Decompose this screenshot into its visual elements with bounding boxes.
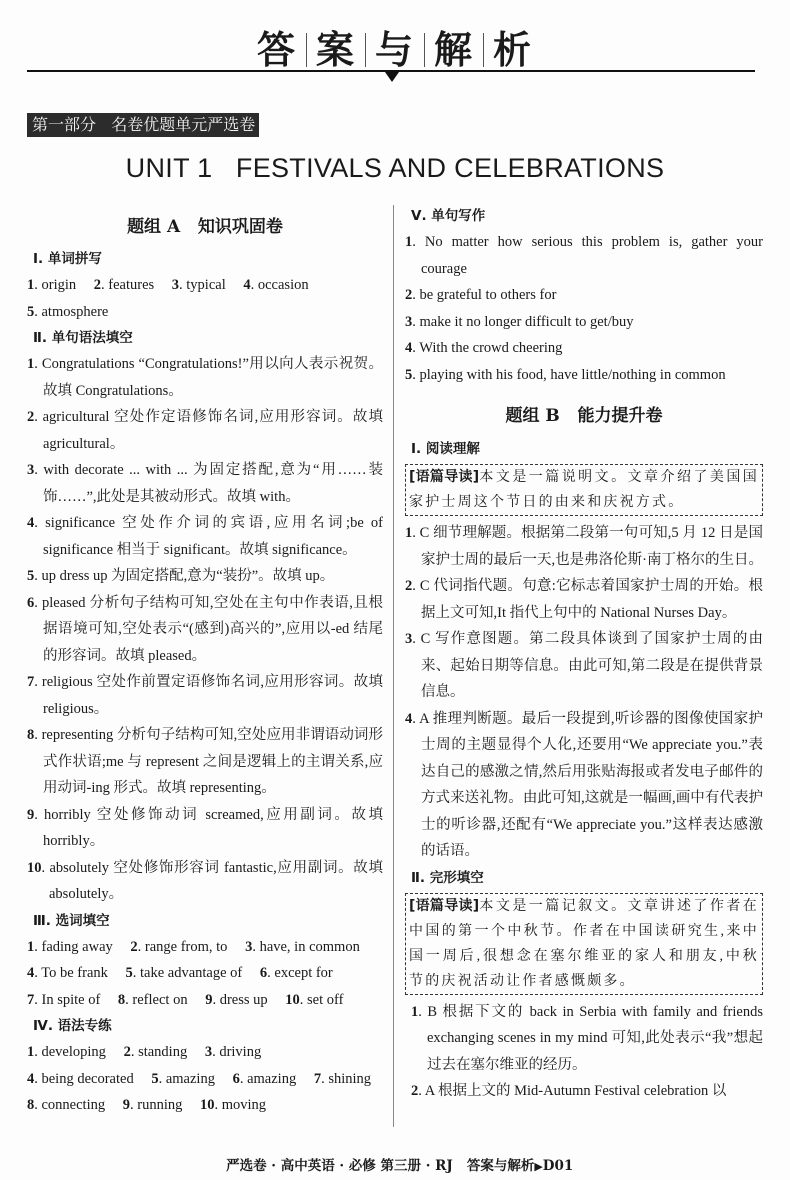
group-b-title: 题组 B 能力提升卷: [405, 396, 763, 436]
item-number: 3: [405, 314, 412, 330]
answer-number: 8: [118, 992, 125, 1008]
answer-number: 7: [27, 992, 34, 1008]
answer-number: 8: [27, 1097, 34, 1113]
answer-number: 5: [151, 1071, 158, 1087]
item-text: A 根据上文的 Mid-Autumn Festival celebration …: [425, 1083, 727, 1099]
answer-line: 5. atmosphere: [27, 299, 383, 326]
item-text: C 代词指代题。句意:它标志着国家护士周的开始。根据上文可知,It 指代上句中的…: [420, 578, 763, 621]
item-number: 2: [405, 578, 412, 594]
answer-text: being decorated: [42, 1071, 134, 1087]
item-number: 6: [27, 595, 34, 611]
item-number: 2: [27, 409, 34, 425]
answer-text: shining: [328, 1071, 371, 1087]
part-label-badge: 第一部分 名卷优题单元严选卷: [27, 113, 259, 137]
guide-tag: [语篇导读]: [409, 469, 479, 485]
section-heading: Ⅳ. 语法专练: [27, 1013, 383, 1039]
item-number: 5: [27, 568, 34, 584]
answer-text: have, in common: [260, 939, 360, 955]
guide-tag: [语篇导读]: [409, 898, 479, 914]
item-text: Congratulations “Congratulations!”用以向人表示…: [42, 356, 383, 399]
left-column: 题组 A 知识巩固卷 Ⅰ. 单词拼写 1. origin 2. features…: [27, 210, 383, 1119]
item-number: 1: [405, 525, 412, 541]
header-char: 析: [484, 28, 542, 72]
answer-number: 3: [172, 277, 179, 293]
answer-text: running: [137, 1097, 182, 1113]
item-text: significance 空处作介词的宾语,应用名词;be of signifi…: [43, 515, 383, 558]
explanation-item: 5. up dress up 为固定搭配,意为“装扮”。故填 up。: [27, 563, 383, 590]
explanation-item: 2. C 代词指代题。句意:它标志着国家护士周的开始。根据上文可知,It 指代上…: [405, 573, 763, 626]
answer-number: 10: [200, 1097, 215, 1113]
explanation-item: 2. be grateful to others for: [405, 282, 763, 309]
answer-text: origin: [42, 277, 77, 293]
explanation-item: 2. agricultural 空处作定语修饰名词,应用形容词。故填 agric…: [27, 404, 383, 457]
right-column: Ⅴ. 单句写作 1. No matter how serious this pr…: [405, 203, 763, 1105]
explanation-item: 4. significance 空处作介词的宾语,应用名词;be of sign…: [27, 510, 383, 563]
section-heading: Ⅲ. 选词填空: [27, 908, 383, 934]
item-text: agricultural 空处作定语修饰名词,应用形容词。故填 agricult…: [43, 409, 383, 452]
item-number: 2: [405, 287, 412, 303]
section-heading: Ⅱ. 单句语法填空: [27, 325, 383, 351]
explanation-item: 1. No matter how serious this problem is…: [405, 229, 763, 282]
answer-number: 4: [243, 277, 250, 293]
item-number: 4: [27, 515, 34, 531]
answer-text: reflect on: [132, 992, 187, 1008]
explanation-item: 3. with decorate ... with ... 为固定搭配,意为“用…: [27, 457, 383, 510]
section-heading: Ⅱ. 完形填空: [405, 865, 763, 891]
explanation-item: 1. C 细节理解题。根据第二段第一句可知,5 月 12 日是国家护士周的最后一…: [405, 520, 763, 573]
answer-number: 1: [27, 277, 34, 293]
answer-text: dress up: [220, 992, 268, 1008]
item-text: absolutely 空处修饰形容词 fantastic,应用副词。故填 abs…: [49, 860, 383, 903]
column-divider: [393, 205, 394, 1127]
answer-number: 3: [205, 1044, 212, 1060]
explanation-item: 6. pleased 分析句子结构可知,空处在主句中作表语,且根据语境可知,空处…: [27, 590, 383, 670]
item-text: horribly 空处修饰动词 screamed,应用副词。故填 horribl…: [43, 807, 383, 850]
answer-text: occasion: [258, 277, 309, 293]
answer-line: 1. origin 2. features 3. typical 4. occa…: [27, 272, 383, 299]
explanation-item: 2. A 根据上文的 Mid-Autumn Festival celebrati…: [405, 1078, 763, 1105]
answer-number: 1: [27, 1044, 34, 1060]
answer-text: features: [108, 277, 154, 293]
answer-number: 2: [124, 1044, 131, 1060]
answer-number: 9: [205, 992, 212, 1008]
answer-number: 2: [94, 277, 101, 293]
answer-line: 7. In spite of 8. reflect on 9. dress up…: [27, 987, 383, 1014]
passage-guide-box: [语篇导读]本文是一篇记叙文。文章讲述了作者在中国的第一个中秋节。作者在中国读研…: [405, 893, 763, 995]
section-heading: Ⅴ. 单句写作: [405, 203, 763, 229]
header-char: 答: [248, 28, 306, 72]
passage-guide-box: [语篇导读]本文是一篇说明文。文章介绍了美国国家护士周这个节日的由来和庆祝方式。: [405, 464, 763, 516]
answer-text: set off: [307, 992, 343, 1008]
item-number: 10: [27, 860, 42, 876]
item-text: with decorate ... with ... 为固定搭配,意为“用……装…: [43, 462, 383, 505]
unit-title: UNIT 1 FESTIVALS AND CELEBRATIONS: [0, 150, 790, 186]
explanation-item: 3. C 写作意图题。第二段具体谈到了国家护士周的由来、起始日期等信息。由此可知…: [405, 626, 763, 706]
header-down-triangle-icon: [385, 72, 399, 82]
answer-text: amazing: [247, 1071, 296, 1087]
item-text: religious 空处作前置定语修饰名词,应用形容词。故填 religious…: [42, 674, 383, 717]
answer-line: 1. fading away 2. range from, to 3. have…: [27, 934, 383, 961]
section-heading: Ⅰ. 单词拼写: [27, 246, 383, 272]
footer-arrow-icon: ▶: [534, 1160, 542, 1173]
item-number: 7: [27, 674, 34, 690]
header-char: 解: [425, 28, 483, 72]
item-number: 5: [405, 367, 412, 383]
answer-line: 8. connecting 9. running 10. moving: [27, 1092, 383, 1119]
page-number: D01: [543, 1158, 574, 1174]
item-number: 1: [411, 1004, 418, 1020]
item-number: 4: [405, 340, 412, 356]
answer-text: driving: [219, 1044, 261, 1060]
item-text: pleased 分析句子结构可知,空处在主句中作表语,且根据语境可知,空处表示“…: [42, 595, 383, 664]
answer-number: 4: [27, 965, 34, 981]
answer-number: 6: [233, 1071, 240, 1087]
page-footer: 严选卷 · 高中英语 · 必修 第三册 · RJ 答案与解析▶D01: [0, 1138, 790, 1174]
item-text: B 根据下文的 back in Serbia with family and f…: [427, 1004, 763, 1073]
answer-text: In spite of: [42, 992, 101, 1008]
answer-number: 2: [130, 939, 137, 955]
item-number: 3: [405, 631, 412, 647]
answer-text: take advantage of: [140, 965, 242, 981]
explanation-item: 3. make it no longer difficult to get/bu…: [405, 309, 763, 336]
section-heading: Ⅰ. 阅读理解: [405, 436, 763, 462]
answer-number: 6: [260, 965, 267, 981]
item-text: With the crowd cheering: [419, 340, 562, 356]
item-text: playing with his food, have little/nothi…: [420, 367, 726, 383]
item-text: C 细节理解题。根据第二段第一句可知,5 月 12 日是国家护士周的最后一天,也…: [420, 525, 763, 568]
item-text: representing 分析句子结构可知,空处应用非谓语动词形式作状语;me …: [42, 727, 383, 796]
item-number: 3: [27, 462, 34, 478]
item-number: 8: [27, 727, 34, 743]
answer-text: typical: [186, 277, 225, 293]
item-text: be grateful to others for: [420, 287, 557, 303]
explanation-item: 1. B 根据下文的 back in Serbia with family an…: [405, 999, 763, 1079]
answer-number: 5: [27, 304, 34, 320]
explanation-item: 4. With the crowd cheering: [405, 335, 763, 362]
answer-line: 4. To be frank 5. take advantage of 6. e…: [27, 960, 383, 987]
answer-number: 10: [285, 992, 300, 1008]
explanation-item: 4. A 推理判断题。最后一段提到,听诊器的图像使国家护士周的主题显得个人化,还…: [405, 706, 763, 865]
item-text: A 推理判断题。最后一段提到,听诊器的图像使国家护士周的主题显得个人化,还要用“…: [419, 711, 763, 860]
answer-text: except for: [274, 965, 332, 981]
explanation-item: 5. playing with his food, have little/no…: [405, 362, 763, 389]
item-number: 9: [27, 807, 34, 823]
answer-text: range from, to: [145, 939, 228, 955]
answer-text: developing: [42, 1044, 106, 1060]
answer-number: 3: [245, 939, 252, 955]
answer-text: standing: [138, 1044, 187, 1060]
item-number: 1: [405, 234, 412, 250]
answer-text: To be frank: [41, 965, 108, 981]
answer-number: 7: [314, 1071, 321, 1087]
explanation-item: 8. representing 分析句子结构可知,空处应用非谓语动词形式作状语;…: [27, 722, 383, 802]
item-text: make it no longer difficult to get/buy: [420, 314, 634, 330]
header-char: 与: [366, 28, 424, 72]
answer-number: 9: [123, 1097, 130, 1113]
footer-text: 严选卷 · 高中英语 · 必修 第三册 · RJ 答案与解析: [226, 1158, 534, 1174]
explanation-item: 7. religious 空处作前置定语修饰名词,应用形容词。故填 religi…: [27, 669, 383, 722]
answer-text: connecting: [42, 1097, 106, 1113]
page-header-title: 答案与解析: [0, 28, 790, 72]
answer-text: amazing: [166, 1071, 215, 1087]
item-text: C 写作意图题。第二段具体谈到了国家护士周的由来、起始日期等信息。由此可知,第二…: [421, 631, 763, 700]
explanation-item: 9. horribly 空处修饰动词 screamed,应用副词。故填 horr…: [27, 802, 383, 855]
item-number: 1: [27, 356, 34, 372]
answer-line: 4. being decorated 5. amazing 6. amazing…: [27, 1066, 383, 1093]
answer-text: moving: [222, 1097, 266, 1113]
answer-line: 1. developing 2. standing 3. driving: [27, 1039, 383, 1066]
item-number: 4: [405, 711, 412, 727]
group-a-title: 题组 A 知识巩固卷: [27, 210, 383, 244]
answer-number: 5: [126, 965, 133, 981]
answer-text: atmosphere: [42, 304, 109, 320]
item-text: up dress up 为固定搭配,意为“装扮”。故填 up。: [42, 568, 335, 584]
answer-text: fading away: [42, 939, 113, 955]
item-number: 2: [411, 1083, 418, 1099]
header-char: 案: [307, 28, 365, 72]
explanation-item: 1. Congratulations “Congratulations!”用以向…: [27, 351, 383, 404]
explanation-item: 10. absolutely 空处修饰形容词 fantastic,应用副词。故填…: [27, 855, 383, 908]
answer-number: 1: [27, 939, 34, 955]
item-text: No matter how serious this problem is, g…: [421, 234, 763, 277]
answer-number: 4: [27, 1071, 34, 1087]
